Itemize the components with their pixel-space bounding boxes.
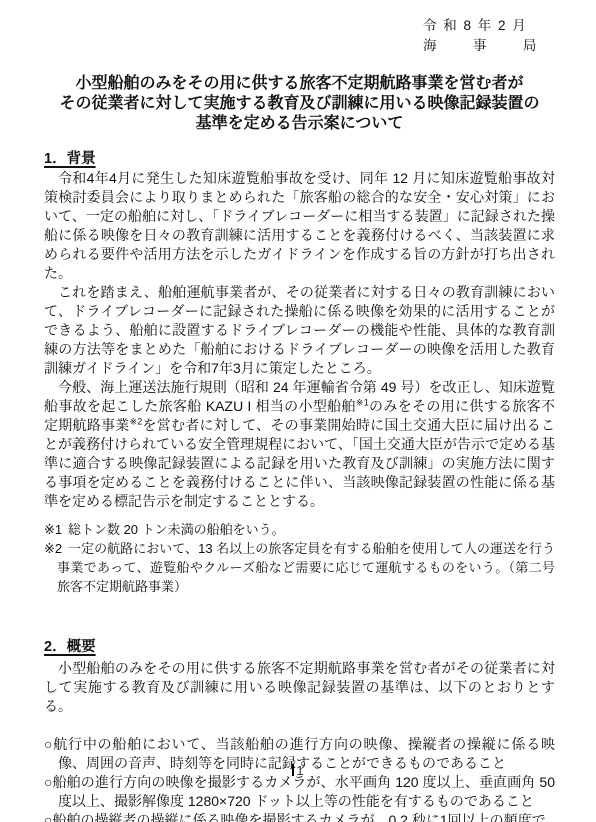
footnote-1-marker: ※1 <box>44 522 62 537</box>
header-office: 海事局 <box>423 36 555 56</box>
section1-paragraph-3: 今般、海上運送法施行規則（昭和 24 年運輸省令第 49 号）を改正し、知床遊覧… <box>44 378 555 511</box>
section1-paragraph-1: 令和4年4月に発生した知床遊覧船事故を受け、同年 12 月に知床遊覧船事故対策検… <box>44 169 555 283</box>
page-number: 1 <box>296 763 303 778</box>
page-footer: 1 <box>0 764 596 778</box>
footnote-ref-1: ※1 <box>356 397 369 407</box>
document-page: 令和8年2月 海事局 小型船舶のみをその用に供する旅客不定期航路事業を営む者が … <box>0 0 596 822</box>
document-header: 令和8年2月 海事局 <box>423 16 555 56</box>
text-cursor <box>292 764 294 776</box>
section2-heading: 2．概要 <box>44 638 555 657</box>
title-line-2: その従業者に対して実施する教育及び訓練に用いる映像記録装置の <box>44 94 555 114</box>
document-title: 小型船舶のみをその用に供する旅客不定期航路事業を営む者が その従業者に対して実施… <box>44 74 555 134</box>
bullet-item-3: ○船舶の操縦者の操縦に係る映像を撮影するカメラが、0.2 秒に1回以上の頻度で <box>44 811 555 822</box>
footnote-ref-2: ※2 <box>129 416 142 426</box>
footnote-2-text: 一定の航路において、13 名以上の旅客定員を有する船舶を使用して人の運送を行う事… <box>57 541 555 594</box>
title-line-3: 基準を定める告示案について <box>44 114 555 134</box>
footnote-2-marker: ※2 <box>44 541 62 556</box>
section2-intro: 小型船舶のみをその用に供する旅客不定期航路事業を営む者がその従業者に対して実施す… <box>44 659 555 716</box>
bullet-item-2-text: 船舶の進行方向の映像を撮影するカメラが、水平画角 120 度以上、垂直画角 50… <box>53 774 555 809</box>
bullet-item-2: ○船舶の進行方向の映像を撮影するカメラが、水平画角 120 度以上、垂直画角 5… <box>44 773 555 811</box>
section1-heading: 1．背景 <box>44 150 555 169</box>
footnotes: ※1総トン数 20 トン未満の船舶をいう。 ※2一定の航路において、13 名以上… <box>44 520 555 596</box>
header-date: 令和8年2月 <box>423 16 555 36</box>
section1-paragraph-2: これを踏まえ、船舶運航事業者が、その従業者に対する日々の教育訓練において、ドライ… <box>44 283 555 378</box>
footnote-1-text: 総トン数 20 トン未満の船舶をいう。 <box>68 522 285 537</box>
footnote-2: ※2一定の航路において、13 名以上の旅客定員を有する船舶を使用して人の運送を行… <box>44 539 555 596</box>
circle-bullet-icon: ○ <box>44 736 53 752</box>
bullet-item-3-text: 船舶の操縦者の操縦に係る映像を撮影するカメラが、0.2 秒に1回以上の頻度で <box>52 812 545 822</box>
section2-bullet-list: ○航行中の船舶において、当該船舶の進行方向の映像、操縦者の操縦に係る映像、周囲の… <box>44 735 555 822</box>
title-line-1: 小型船舶のみをその用に供する旅客不定期航路事業を営む者が <box>44 74 555 94</box>
footnote-1: ※1総トン数 20 トン未満の船舶をいう。 <box>44 520 555 539</box>
